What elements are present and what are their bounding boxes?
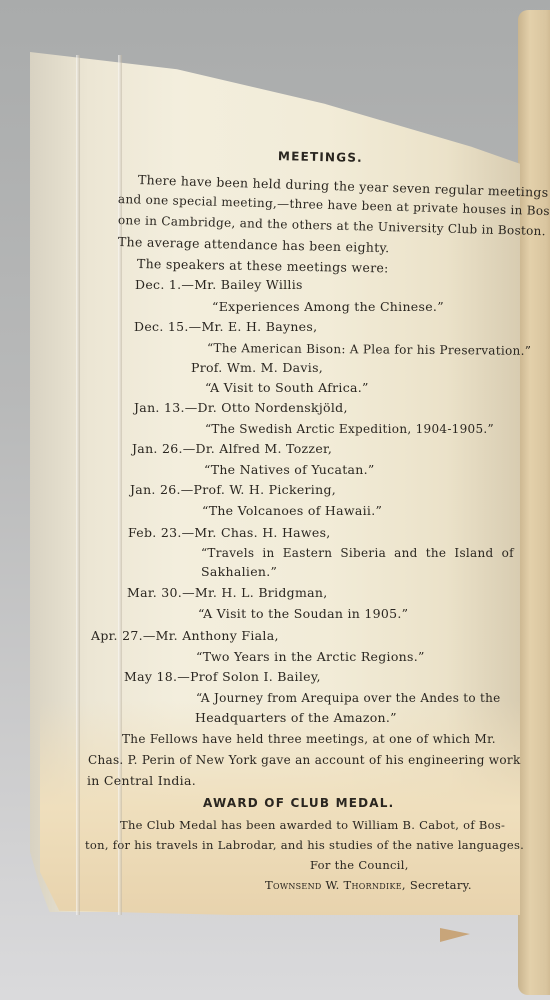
entry-speaker: Mar. 30.—Mr. H. L. Bridgman, xyxy=(127,587,328,600)
signature-line: Townsend W. Thorndike, Secretary. xyxy=(265,880,472,892)
entry-speaker: Dec. 1.—Mr. Bailey Willis xyxy=(135,279,303,292)
entry-speaker: Feb. 23.—Mr. Chas. H. Hawes, xyxy=(128,527,331,540)
page-fold xyxy=(76,55,80,915)
paper-scrap xyxy=(440,928,470,942)
fellows-line: The Fellows have held three meetings, at… xyxy=(122,733,496,745)
signature-name: Townsend W. Thorndike, xyxy=(265,878,406,892)
entry-title: “Two Years in the Arctic Regions.” xyxy=(196,651,425,664)
entry-title: “A Visit to South Africa.” xyxy=(205,382,369,395)
entry-speaker: Dec. 15.—Mr. E. H. Baynes, xyxy=(134,321,317,334)
entry-speaker: Apr. 27.—Mr. Anthony Fiala, xyxy=(91,630,279,643)
signature-role: Secretary. xyxy=(410,878,472,892)
entry-speaker: May 18.—Prof Solon I. Bailey, xyxy=(124,671,321,684)
entry-title-cont: Sakhalien.” xyxy=(201,566,277,579)
entry-title: “The Swedish Arctic Expedition, 1904-190… xyxy=(205,423,494,435)
award-heading: AWARD OF CLUB MEDAL. xyxy=(203,797,394,809)
entry-title: “A Visit to the Soudan in 1905.” xyxy=(198,608,408,621)
meetings-heading: MEETINGS. xyxy=(278,150,363,164)
entry-speaker: Prof. Wm. M. Davis, xyxy=(191,362,323,375)
entry-title: “The American Bison: A Plea for his Pres… xyxy=(207,342,531,357)
award-line: The Club Medal has been awarded to Willi… xyxy=(120,820,505,832)
fellows-line: in Central India. xyxy=(87,775,196,788)
entry-title: “Experiences Among the Chinese.” xyxy=(212,301,444,314)
entry-title: “The Volcanoes of Hawaii.” xyxy=(202,505,382,518)
award-line: ton, for his travels in Labrodar, and hi… xyxy=(85,840,524,852)
entry-title-cont: Headquarters of the Amazon.” xyxy=(195,712,397,725)
entry-title: “The Natives of Yucatan.” xyxy=(204,464,375,477)
closing-line: For the Council, xyxy=(310,860,409,872)
fellows-line: Chas. P. Perin of New York gave an accou… xyxy=(88,754,521,766)
entry-speaker: Jan. 26.—Dr. Alfred M. Tozzer, xyxy=(132,443,332,456)
entry-speaker: Jan. 13.—Dr. Otto Nordenskjöld, xyxy=(134,402,348,415)
entry-title: “A Journey from Arequipa over the Andes … xyxy=(196,692,501,704)
entry-title: “Travels in Eastern Siberia and the Isla… xyxy=(201,547,514,559)
entry-speaker: Jan. 26.—Prof. W. H. Pickering, xyxy=(130,484,336,497)
